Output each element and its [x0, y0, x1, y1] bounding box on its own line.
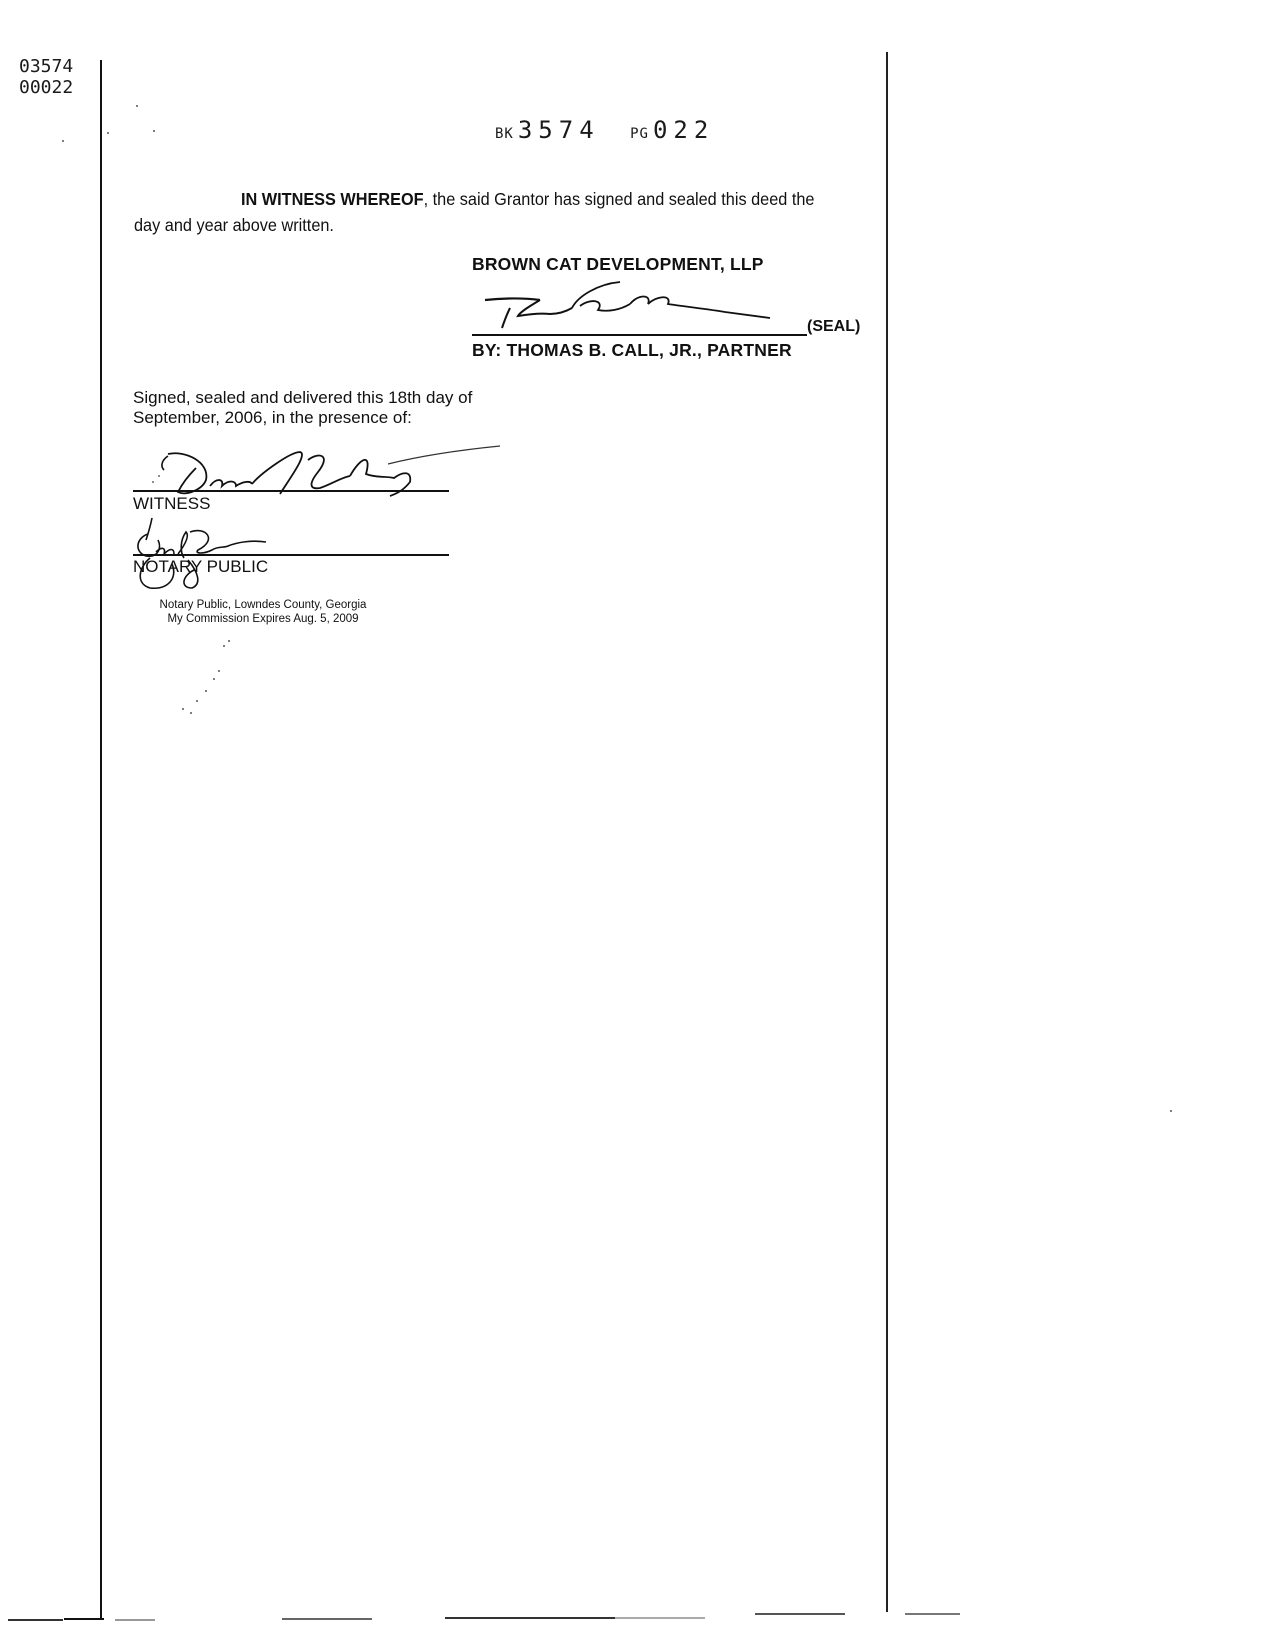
bottom-rule-fragment	[615, 1617, 705, 1619]
bottom-rule-fragment	[64, 1618, 104, 1620]
scan-speck	[62, 140, 64, 142]
grantor-signer-line: BY: THOMAS B. CALL, JR., PARTNER	[472, 340, 792, 361]
notary-public-label: NOTARY PUBLIC	[133, 557, 268, 577]
side-book-number: 03574	[19, 56, 73, 77]
notary-stamp: Notary Public, Lowndes County, Georgia M…	[143, 598, 383, 626]
left-margin-rule	[100, 60, 102, 1618]
scan-speck	[1170, 1110, 1172, 1112]
scan-speck	[136, 105, 138, 107]
scan-speck	[153, 130, 155, 132]
scan-speck	[228, 640, 230, 642]
delivery-statement: Signed, sealed and delivered this 18th d…	[133, 388, 493, 428]
recording-book-page-stamp: BK3574 PG022	[495, 116, 714, 144]
seal-label: (SEAL)	[807, 318, 860, 336]
witness-whereof-text: , the said Grantor has signed and sealed…	[134, 189, 814, 235]
scan-speck	[223, 645, 225, 647]
book-number: 3574	[518, 116, 600, 144]
side-book-page-stamp: 03574 00022	[19, 56, 73, 98]
page-prefix: PG	[630, 126, 649, 142]
notary-stamp-expiration: My Commission Expires Aug. 5, 2009	[143, 612, 383, 626]
witness-signature-line	[133, 490, 449, 492]
bottom-rule-fragment	[282, 1618, 372, 1620]
scan-speck	[205, 690, 207, 692]
bottom-rule-fragment	[755, 1613, 845, 1615]
bottom-rule-fragment	[8, 1619, 63, 1621]
grantor-signature	[480, 278, 800, 338]
notary-stamp-county: Notary Public, Lowndes County, Georgia	[143, 598, 383, 612]
scan-speck	[107, 132, 109, 134]
scan-speck	[196, 700, 198, 702]
grantor-signature-line	[472, 334, 807, 336]
right-margin-rule	[886, 52, 888, 1612]
bottom-rule-fragment	[115, 1619, 155, 1621]
witness-whereof-lead: IN WITNESS WHEREOF	[241, 189, 424, 209]
scan-speck	[190, 712, 192, 714]
page-number: 022	[653, 116, 714, 144]
side-page-number: 00022	[19, 77, 73, 98]
notary-signature-line	[133, 554, 449, 556]
witness-label: WITNESS	[133, 494, 210, 514]
book-prefix: BK	[495, 126, 514, 142]
bottom-rule-fragment	[445, 1617, 615, 1619]
bottom-rule-fragment	[905, 1613, 960, 1615]
scan-speck	[182, 708, 184, 710]
scan-speck	[213, 678, 215, 680]
grantor-company-name: BROWN CAT DEVELOPMENT, LLP	[472, 254, 764, 275]
witness-whereof-paragraph: IN WITNESS WHEREOF, the said Grantor has…	[134, 186, 822, 238]
scan-speck	[218, 670, 220, 672]
